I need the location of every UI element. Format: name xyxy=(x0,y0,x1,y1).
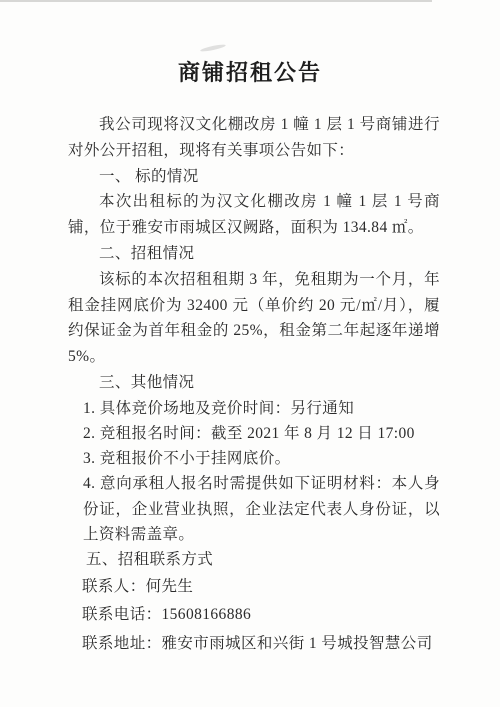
intro-paragraph: 我公司现将汉文化棚改房 1 幢 1 层 1 号商铺进行对外公开招租，现将有关事项… xyxy=(68,112,440,164)
contact-phone: 联系电话：15608166886 xyxy=(82,601,440,630)
section3-item-1: 1. 具体竞价场地及竞价时间：另行通知 xyxy=(83,396,440,421)
announcement-document: 商铺招租公告 我公司现将汉文化棚改房 1 幢 1 层 1 号商铺进行对外公开招租… xyxy=(0,0,500,707)
section5-heading: 五、招租联系方式 xyxy=(86,547,440,573)
section2-heading: 二、招租情况 xyxy=(68,241,440,267)
section2-paragraph: 该标的本次招租租期 3 年，免租期为一个月，年租金挂网底价为 32400 元（单… xyxy=(68,267,440,370)
contact-address: 联系地址：雅安市雨城区和兴街 1 号城投智慧公司 xyxy=(82,630,440,659)
section3-heading: 三、其他情况 xyxy=(68,370,440,396)
section3-item-2: 2. 竞租报名时间：截至 2021 年 8 月 12 日 17:00 xyxy=(83,421,440,446)
section1-heading: 一、 标的情况 xyxy=(68,164,440,190)
section1-paragraph: 本次出租标的为汉文化棚改房 1 幢 1 层 1 号商铺，位于雅安市雨城区汉阙路，… xyxy=(68,189,440,241)
section3-item-3: 3. 竞租报价不小于挂网底价。 xyxy=(83,446,440,471)
scan-edge-artifact xyxy=(0,0,432,2)
scan-smudge-artifact xyxy=(200,43,226,52)
contact-person: 联系人：何先生 xyxy=(82,573,440,602)
document-title: 商铺招租公告 xyxy=(68,58,432,88)
section3-item-4: 4. 意向承租人报名时需提供如下证明材料：本人身份证，企业营业执照，企业法定代表… xyxy=(83,471,440,547)
